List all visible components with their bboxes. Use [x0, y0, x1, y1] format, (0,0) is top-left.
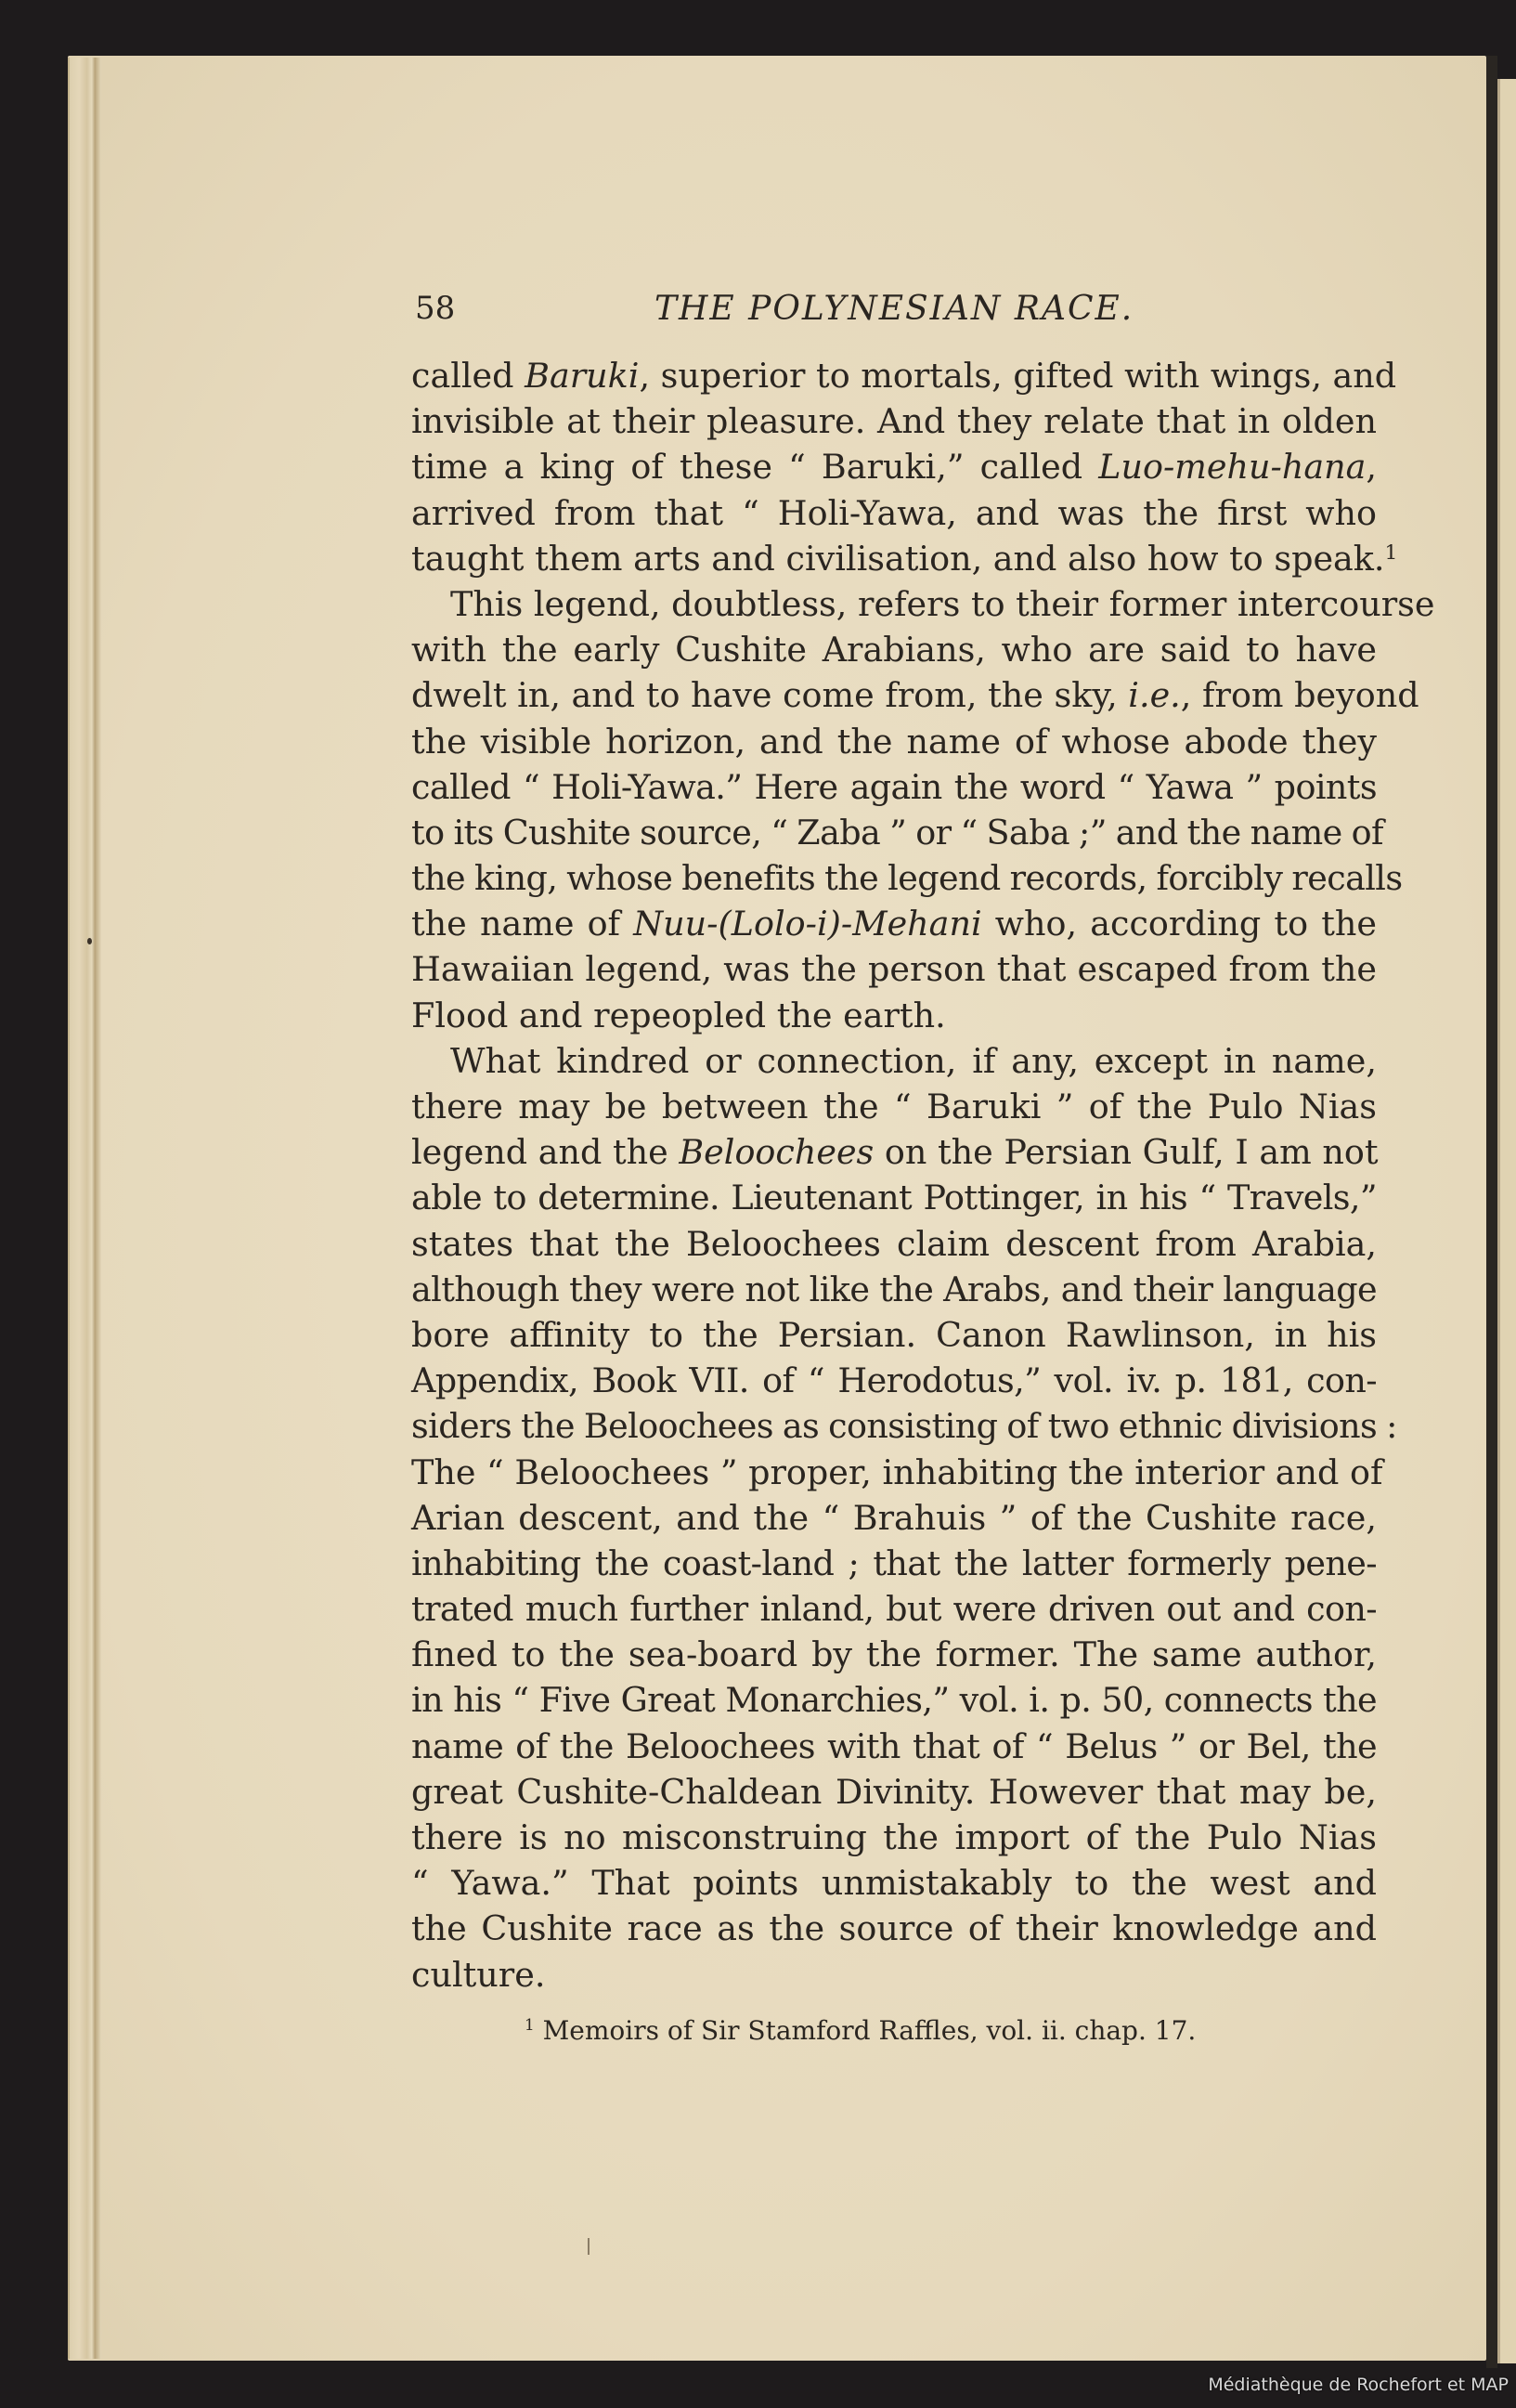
text-run: siders the Beloochees as consisting of t… [411, 1406, 1397, 1446]
text-run: the name of [411, 904, 633, 944]
text-run: “ Yawa.” That points unmistakably to the… [411, 1863, 1377, 1903]
footnote-text: Memoirs of Sir Stamford Raffles, vol. ii… [543, 2015, 1197, 2046]
text-line: bore affinity to the Persian. Canon Rawl… [411, 1312, 1377, 1358]
text-run: legend and the [411, 1132, 679, 1172]
text-line: culture. [411, 1952, 1377, 1998]
text-line: states that the Beloochees claim descent… [411, 1221, 1377, 1267]
text-run: able to determine. Lieutenant Pottinger,… [411, 1178, 1377, 1217]
text-run: Hawaiian legend, was the person that esc… [411, 949, 1377, 989]
watermark: Médiathèque de Rochefort et MAP [1208, 2375, 1509, 2395]
italic-term: Beloochees [679, 1132, 874, 1172]
text-run: there may be between the “ Baruki ” of t… [411, 1087, 1377, 1126]
text-run: although they were not like the Arabs, a… [411, 1269, 1377, 1309]
text-run: The “ Beloochees ” proper, inhabiting th… [411, 1452, 1383, 1492]
text-run: great Cushite-Chaldean Divinity. However… [411, 1772, 1377, 1812]
text-line: fined to the sea-board by the former. Th… [411, 1632, 1377, 1677]
text-line: Arian descent, and the “ Brahuis ” of th… [411, 1495, 1377, 1541]
text-line: the Cushite race as the source of their … [411, 1906, 1377, 1951]
running-head: 58 THE POLYNESIAN RACE. [415, 290, 1371, 336]
text-run: the king, whose benefits the legend reco… [411, 858, 1403, 898]
text-run: name of the Beloochees with that of “ Be… [411, 1726, 1377, 1766]
text-run: invisible at their pleasure. And they re… [411, 401, 1377, 441]
text-run: This legend, doubtless, refers to their … [450, 584, 1434, 624]
text-run: culture. [411, 1955, 545, 1995]
text-line: to its Cushite source, “ Zaba ” or “ Sab… [411, 810, 1377, 855]
text-line: siders the Beloochees as consisting of t… [411, 1403, 1377, 1449]
text-line: there is no misconstruing the import of … [411, 1815, 1377, 1860]
text-line: taught them arts and civilisation, and a… [411, 536, 1377, 581]
footnote: 1 Memoirs of Sir Stamford Raffles, vol. … [525, 2015, 1196, 2046]
footnote-marker: 1 [525, 2015, 535, 2034]
text-run: states that the Beloochees claim descent… [411, 1224, 1377, 1264]
text-run: , from beyond [1181, 675, 1419, 715]
text-line: time a king of these “ Baruki,” called L… [411, 444, 1377, 489]
page-edge-deckle [68, 58, 101, 2359]
margin-ink-dot [87, 938, 92, 944]
text-line: name of the Beloochees with that of “ Be… [411, 1724, 1377, 1769]
italic-term: Nuu-(Lolo-i)-Mehani [633, 904, 981, 944]
running-title: THE POLYNESIAN RACE. [654, 290, 1134, 328]
text-line: The “ Beloochees ” proper, inhabiting th… [411, 1450, 1377, 1495]
text-line: called Baruki, superior to mortals, gift… [411, 353, 1377, 398]
text-line: arrived from that “ Holi-Yawa, and was t… [411, 490, 1377, 536]
stray-mark [588, 2238, 590, 2255]
italic-term: Baruki [525, 356, 639, 396]
text-line: What kindred or connection, if any, exce… [411, 1038, 1377, 1084]
text-run: called [411, 356, 525, 396]
text-run: on the Persian Gulf, I am not [874, 1132, 1378, 1172]
text-line: invisible at their pleasure. And they re… [411, 398, 1377, 444]
text-run: , [1366, 447, 1377, 487]
text-line: called “ Holi-Yawa.” Here again the word… [411, 764, 1377, 810]
text-run: who, according to the [982, 904, 1377, 944]
text-line: in his “ Five Great Monarchies,” vol. i.… [411, 1677, 1377, 1723]
text-line: Flood and repeopled the earth. [411, 993, 1377, 1038]
text-run: Arian descent, and the “ Brahuis ” of th… [411, 1498, 1377, 1538]
text-line: great Cushite-Chaldean Divinity. However… [411, 1769, 1377, 1815]
text-line: with the early Cushite Arabians, who are… [411, 627, 1377, 672]
text-line: This legend, doubtless, refers to their … [411, 581, 1377, 627]
text-run: What kindred or connection, if any, exce… [450, 1041, 1377, 1081]
text-run: the visible horizon, and the name of who… [411, 722, 1377, 761]
text-run: in his “ Five Great Monarchies,” vol. i.… [411, 1680, 1377, 1720]
next-page-edge [1497, 79, 1516, 2363]
text-line: Appendix, Book VII. of “ Herodotus,” vol… [411, 1358, 1377, 1403]
page-number: 58 [415, 290, 455, 327]
text-run: with the early Cushite Arabians, who are… [411, 630, 1377, 670]
text-line: there may be between the “ Baruki ” of t… [411, 1084, 1377, 1129]
text-line: inhabiting the coast-land ; that the lat… [411, 1541, 1377, 1586]
text-run: dwelt in, and to have come from, the sky… [411, 675, 1128, 715]
text-run: bore affinity to the Persian. Canon Rawl… [411, 1315, 1377, 1355]
text-line: trated much further inland, but were dri… [411, 1586, 1377, 1632]
text-run: there is no misconstruing the import of … [411, 1817, 1377, 1857]
text-line: the king, whose benefits the legend reco… [411, 855, 1377, 901]
italic-term: Luo-mehu-hana [1098, 447, 1366, 487]
text-run: inhabiting the coast-land ; that the lat… [411, 1543, 1377, 1583]
gutter-shadow [1486, 56, 1497, 2368]
text-run: time a king of these “ Baruki,” called [411, 447, 1098, 487]
text-run: trated much further inland, but were dri… [411, 1589, 1377, 1629]
text-run: Flood and repeopled the earth. [411, 996, 946, 1035]
text-run: fined to the sea-board by the former. Th… [411, 1634, 1377, 1674]
text-line: the visible horizon, and the name of who… [411, 719, 1377, 764]
text-run: Appendix, Book VII. of “ Herodotus,” vol… [411, 1360, 1377, 1400]
text-line: Hawaiian legend, was the person that esc… [411, 946, 1377, 992]
text-line: the name of Nuu-(Lolo-i)-Mehani who, acc… [411, 901, 1377, 946]
footnote-reference: 1 [1385, 541, 1398, 565]
text-run: arrived from that “ Holi-Yawa, and was t… [411, 493, 1377, 533]
text-run: called “ Holi-Yawa.” Here again the word… [411, 767, 1377, 807]
body-text: called Baruki, superior to mortals, gift… [411, 353, 1377, 1998]
text-run: taught them arts and civilisation, and a… [411, 539, 1385, 579]
text-line: although they were not like the Arabs, a… [411, 1267, 1377, 1312]
text-line: able to determine. Lieutenant Pottinger,… [411, 1175, 1377, 1220]
text-run: the Cushite race as the source of their … [411, 1908, 1377, 1948]
text-run: to its Cushite source, “ Zaba ” or “ Sab… [411, 813, 1383, 853]
text-line: “ Yawa.” That points unmistakably to the… [411, 1860, 1377, 1906]
italic-term: i.e. [1128, 675, 1180, 715]
text-line: dwelt in, and to have come from, the sky… [411, 672, 1377, 718]
text-run: , superior to mortals, gifted with wings… [639, 356, 1396, 396]
text-line: legend and the Beloochees on the Persian… [411, 1129, 1377, 1175]
